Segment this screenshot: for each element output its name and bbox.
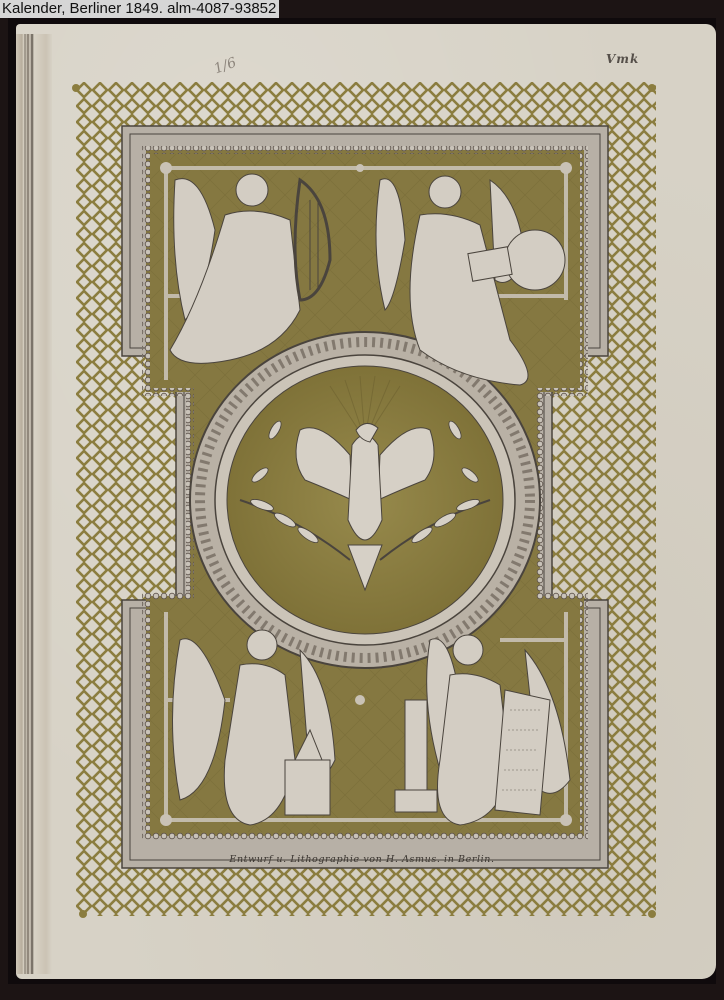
image-caption: Kalender, Berliner 1849. alm-4087-93852 xyxy=(0,0,279,18)
cover-ornament xyxy=(0,0,724,1000)
medallion xyxy=(190,332,540,668)
credit-line: Entwurf u. Lithographie von H. Asmus. in… xyxy=(212,854,512,865)
